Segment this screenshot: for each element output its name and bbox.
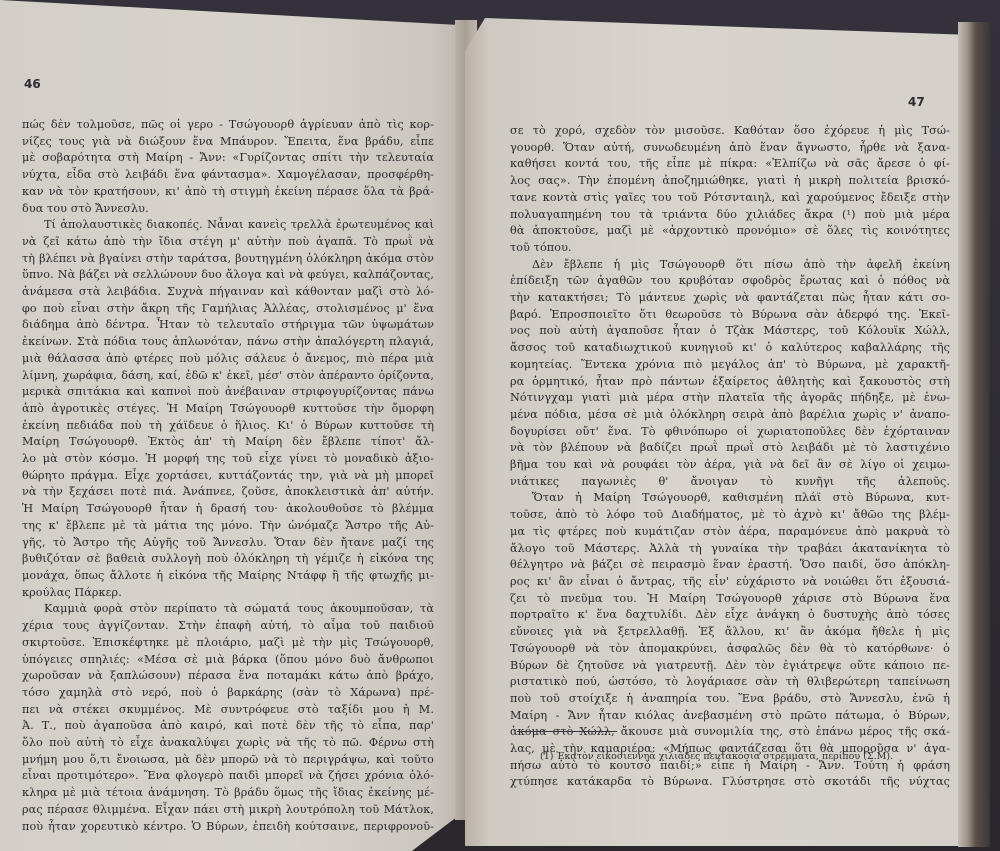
text-line: δογυρίσει οὔτ' ἕνα. Τὸ φθινόπωρο οἱ χωρι…	[510, 424, 950, 441]
text-line: ἐπίδειξη τῶν ἀγαθῶν του κρυβόταν σφοδρὸς…	[510, 273, 950, 290]
text-line: Ἀ. Τ., ποὺ ἀγαποῦσα ἀπὸ καιρό, καὶ ποτὲ …	[22, 718, 434, 735]
text-line: Μαίρη - Ἄνν ἦταν κιόλας ἀνεβασμένη στὸ π…	[510, 708, 950, 725]
text-line: μὲ σοβαρότητα στὴ Μαίρη - Ἄνν: «Γυρίζοντ…	[22, 150, 434, 167]
text-line: ὑπόγειες σπηλιές: «Μέσα σὲ μιὰ βάρκα (ὅπ…	[22, 652, 434, 669]
text-line: τοῦσε, ἀπὸ τὸ λόφο τοῦ Διαδήματος, μὲ τὸ…	[510, 507, 950, 524]
page-number-right: 47	[908, 95, 925, 109]
text-line: ποὺ ἦταν χορευτικὸ κέντρο. Ὁ Βύρων, ἐπει…	[22, 819, 434, 836]
text-line: ἀνάμεσα στὰ λειβάδια. Συχνὰ πήγαιναν καὶ…	[22, 284, 434, 301]
text-line: πολυαγαπημένη του τὰ τριάντα δύο χιλιάδε…	[510, 207, 950, 224]
text-line: Βύρων δὲ ζητοῦσε νὰ γιατρευτῇ. Δὲν τὸν ἐ…	[510, 658, 950, 675]
text-line: Νότινγχαμ γιατὶ μιὰ μέρα στὴν πλατεῖα τῆ…	[510, 390, 950, 407]
text-line: τόσο χαμηλὰ στὸ νερό, ποὺ ὁ βαρκάρης (σὰ…	[22, 685, 434, 702]
text-line: Τί ἀπολαυστικὲς διακοπές. Νἆναι κανεὶς τ…	[22, 217, 434, 234]
text-line: μα τὶς φτέρες ποὺ κυμάτιζαν στὸν ἀέρα, π…	[510, 524, 950, 541]
text-line: νὰ τὴν ξεχάσει ποτὲ πιά. Ἀνάπνεε, ζοῦσε,…	[22, 484, 434, 501]
text-line: Δὲν ἔβλεπε ἡ μὶς Τσώγουορθ ὅτι πίσω ἀπὸ …	[510, 257, 950, 274]
left-page-body-text: πώς δὲν τολμοῦσε, πῶς οἱ γερο - Τσώγουορ…	[22, 117, 434, 835]
text-line: νὰ ζεῖ κάτω ἀπὸ τὴν ἴδια στέγη μ' αὐτὴν …	[22, 234, 434, 251]
text-line: ρα ὁρμητικό, ἦταν πρὸ πάντων ἐξαίρετος ἀ…	[510, 374, 950, 391]
text-line: θὰ ἀποκτοῦσε, μαζὶ μὲ «ἀρχοντικὸ προνόμι…	[510, 223, 950, 240]
text-line: ἐκείνων. Στὰ πόδια τους ἁπλωνόταν, πάνω …	[22, 334, 434, 351]
text-line: τὴ βλέπει νὰ βγαίνει στὴν ταράτσα, βουτη…	[22, 251, 434, 268]
text-line: Καμμιὰ φορὰ στὸν περίπατο τὰ σώματά τους…	[22, 601, 434, 618]
text-line: λίμνη, χωράφια, δάση, καί, ἐδῶ κ' ἐκεῖ, …	[22, 368, 434, 385]
text-line: μένα πόδια, μέσα σὲ μιὰ ὁλόκληρη σειρὰ ἀ…	[510, 407, 950, 424]
text-line: ὕπνο. Νὰ βάζει νὰ σελλώνουν δυο ἄλογα κα…	[22, 267, 434, 284]
text-line: διάδημα ἀπὸ δέντρα. Ἦταν τὸ τελευταῖο στ…	[22, 317, 434, 334]
text-line: νὰ τὸν βλέπουν νὰ βαδίζει πρωῒ πρωῒ στὸ …	[510, 440, 950, 457]
text-line: νιάτικες παγωνιὲς θ' ἄνοιγαν τὸ κυνῆγι τ…	[510, 474, 950, 491]
text-line: ἀκόμα στὸ Χώλλ, ἄκουσε μιὰ συνομιλία της…	[510, 724, 950, 741]
text-line: ποὺ τοῦ στοίχιξε ἡ ἀναπηρία του. Ἕνα βρά…	[510, 691, 950, 708]
right-page-body-text: σε τὸ χορό, σχεδὸν τὸν μισοῦσε. Καθόταν …	[510, 123, 950, 791]
text-line: δυα του στὸ Ἄννεσλυ.	[22, 201, 434, 218]
text-line: κρούλας Πάρκερ.	[22, 585, 434, 602]
text-line: βυθιζόταν σὲ βαθειὰ συλλογὴ ποὺ ὁλόκληρη…	[22, 551, 434, 568]
text-line: θώρητο πράγμα. Εἶχε χορτάσει, κυττάζοντά…	[22, 468, 434, 485]
text-line: ὅλο ποὺ αὐτὴ τὸ εἶχε ἀνακαλύψει χωρὶς νὰ…	[22, 735, 434, 752]
text-line: μονάχα, ὅπως ἄλλοτε ἡ εἰκόνα τῆς Μαίρης …	[22, 568, 434, 585]
text-line: κομητείας. Ἕντεκα χρόνια πιὸ μεγάλος ἀπ'…	[510, 357, 950, 374]
text-line: σε τὸ χορό, σχεδὸν τὸν μισοῦσε. Καθόταν …	[510, 123, 950, 140]
text-line: Τσώγουορθ νὰ τὸν ἀπομακρύνει, ἀσφαλῶς δὲ…	[510, 641, 950, 658]
text-line: βῆμα του καὶ νὰ ρουφάει τὸν ἀέρα, γιὰ νὰ…	[510, 457, 950, 474]
text-line: ἐκείνη πεδιάδα ποὺ τὴ χάϊδευε ὁ ἥλιος. Κ…	[22, 418, 434, 435]
text-line: θέλγητρο νὰ βάζει σὲ πειρασμὸ ἕναν ἐραστ…	[510, 557, 950, 574]
text-line: ρας πέρασε θλιμμένα. Εἶχαν πάει στὴ μικρ…	[22, 802, 434, 819]
text-line: μερικὰ σπιτάκια καὶ καπνοὶ ποὺ ἀνέβαιναν…	[22, 384, 434, 401]
text-line: πορτραῖτο κ' ἕνα δαχτυλίδι. Δὲν εἶχε ἀνά…	[510, 607, 950, 624]
book-page-edges	[958, 22, 990, 847]
text-line: νίζες τους γιὰ νὰ διώξουν ἕνα Μπάυρον. Ἔ…	[22, 134, 434, 151]
text-line: ρος κι' ἂν εἶναι ὁ ἄντρας, τῆς εἶν' εὐχά…	[510, 574, 950, 591]
text-line: μιὰ θάλασσα ἀπὸ φτέρες ποὺ μόλις σάλευε …	[22, 351, 434, 368]
text-line: ἄλογο τοῦ Μάστερς. Ἀλλὰ τὴ γυναίκα τὴν τ…	[510, 541, 950, 558]
text-line: ριστατικὸ πού, ὡστόσο, τὸ λογάριασε σὰν …	[510, 674, 950, 691]
text-line: ζει τὸ πνεῦμα του. Ἡ Μαίρη Τσώγουορθ χάρ…	[510, 591, 950, 608]
page-number-left: 46	[24, 77, 41, 91]
text-line: της κ' ἔβλεπε μὲ τὰ μάτια της μόνο. Τὴν …	[22, 518, 434, 535]
text-line: κληρα μὲ μιὰ τέτοια ἀνάμνηση. Τὸ βράδυ ὅ…	[22, 785, 434, 802]
text-line: Ἡ Μαίρη Τσώγουορθ ἦταν ἡ δρασή του· ἀκολ…	[22, 501, 434, 518]
text-line: τανε κοντὰ στὶς γαῖες του τοῦ Ρότσνταιηλ…	[510, 190, 950, 207]
text-line: χτύπησε κατάκαρδα τὸ Βύρωνα. Γλύστρησε σ…	[510, 774, 950, 791]
footnote-divider	[517, 731, 617, 732]
text-line: ἄσσος τοῦ καταδιωχτικοῦ κυνηγιοῦ κι' ὁ κ…	[510, 340, 950, 357]
text-line: φο ποὺ εἶναι στὴν ἄκρη τῆς Γαμήλιας Ἀλλέ…	[22, 301, 434, 318]
text-line: τοῦ τόπου.	[510, 240, 950, 257]
text-line: χωροῦσαν νὰ ξαπλώσουν) πέρασα ἕνα ποταμά…	[22, 668, 434, 685]
text-line: λο μὰ στὸν κόσμο. Ἡ μορφή της τοῦ εἶχε γ…	[22, 451, 434, 468]
text-line: εὔνοιες γιὰ νὰ ξετρελλαθῇ. Ἐξ ἄλλου, κι'…	[510, 624, 950, 641]
text-line: Μαίρη Τσώγουορθ. Ἐκτὸς ἀπ' τὴ Μαίρη δὲν …	[22, 434, 434, 451]
text-line: γουορθ. Ὅταν αὐτή, συνωδευμένη ἀπὸ ἕναν …	[510, 140, 950, 157]
text-line: καθήσει κοντά του, τῆς εἶπε μὲ πίκρα: «Ἐ…	[510, 156, 950, 173]
text-line: λος σας». Τὴν ἐπομένη ἀποζημιώθηκε, γιατ…	[510, 173, 950, 190]
text-line: πώς δὲν τολμοῦσε, πῶς οἱ γερο - Τσώγουορ…	[22, 117, 434, 134]
text-line: μνήμη μου ὅ,τι ἔνοιωσα, μὰ δὲν μπορῶ νὰ …	[22, 752, 434, 769]
text-line: εἶναι προτιμότερο». Ἕνα φλογερὸ παιδὶ μπ…	[22, 768, 434, 785]
text-line: γῆς, τὸ Ἄστρο τῆς Αὐγῆς τοῦ Ἄννεσλυ. Ὅτα…	[22, 535, 434, 552]
text-line: τὴν κατακτήσει; Τὸ μάντευε χωρὶς νὰ φαντ…	[510, 290, 950, 307]
text-line: Ὅταν ἡ Μαίρη Τσώγουορθ, καθισμένη πλάϊ σ…	[510, 490, 950, 507]
text-line: σκιρτοῦσε. Ἐπισκέφτηκε μὲ πλοιάριο, μαζὶ…	[22, 635, 434, 652]
text-line: βαρό. Ἐπροσποιεῖτο ὅτι θεωροῦσε τὸ Βύρων…	[510, 307, 950, 324]
text-line: νος ποὺ αὐτὴ ἀγαποῦσε ἦταν ὁ Τζὰκ Μάστερ…	[510, 323, 950, 340]
footnote: (1) Ἑκατὸν εἰκοσιεννηὰ χιλιάδες πεντακόσ…	[540, 751, 893, 762]
text-line: πει νὰ στέκει σκυμμένος. Μὲ συντρόφευε σ…	[22, 702, 434, 719]
text-line: ἀπὸ ἀγροτικὲς στέγες. Ἡ Μαίρη Τσώγουορθ …	[22, 401, 434, 418]
text-line: καν νὰ τὸν κρατήσουν, κι' ἀπὸ τὴ στιγμὴ …	[22, 184, 434, 201]
text-line: χέρια τους ἀγγίζονταν. Στὴν ἐπαφὴ αὐτή, …	[22, 618, 434, 635]
text-line: νύχτα, εἶδα στὸ λειβάδι ἕνα φάντασμα». Χ…	[22, 167, 434, 184]
